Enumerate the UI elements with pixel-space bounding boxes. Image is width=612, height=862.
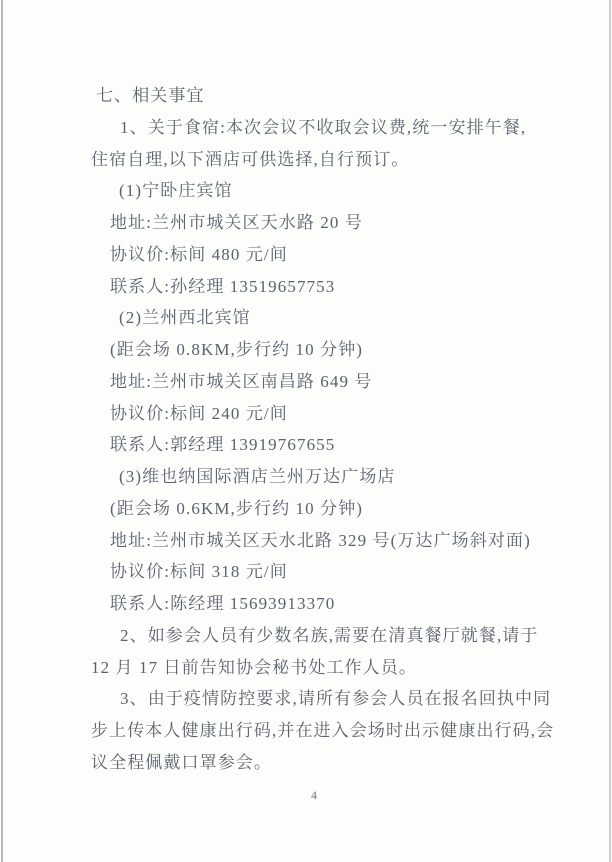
scan-edge-left — [1, 0, 3, 862]
section-heading: 七、相关事宜 — [96, 80, 561, 112]
hotel-2-title: (2)兰州西北宾馆 — [119, 302, 561, 334]
hotel-1-address: 地址:兰州市城关区天水路 20 号 — [110, 207, 561, 239]
para-3-line-3: 议全程佩戴口罩参会。 — [91, 747, 561, 779]
hotel-3-price: 协议价:标间 318 元/间 — [110, 556, 561, 588]
hotel-1-contact: 联系人:孙经理 13519657753 — [110, 271, 561, 303]
hotel-2-address: 地址:兰州市城关区南昌路 649 号 — [110, 366, 561, 398]
hotel-1-title: (1)宁卧庄宾馆 — [119, 175, 561, 207]
para-3-line-1: 3、由于疫情防控要求,请所有参会人员在报名回执中同 — [120, 683, 561, 715]
para-2-line-1: 2、如参会人员有少数名族,需要在清真餐厅就餐,请于 — [120, 620, 561, 652]
document-page: 七、相关事宜 1、关于食宿:本次会议不收取会议费,统一安排午餐, 住宿自理,以下… — [0, 0, 612, 862]
hotel-2-distance: (距会场 0.8KM,步行约 10 分钟) — [110, 334, 561, 366]
hotel-2-price: 协议价:标间 240 元/间 — [110, 398, 561, 430]
page-number: 4 — [0, 788, 612, 803]
document-body: 七、相关事宜 1、关于食宿:本次会议不收取会议费,统一安排午餐, 住宿自理,以下… — [91, 80, 561, 779]
hotel-3-contact: 联系人:陈经理 15693913370 — [110, 588, 561, 620]
para-3-line-2: 步上传本人健康出行码,并在进入会场时出示健康出行码,会 — [91, 715, 561, 747]
para-1-line-1: 1、关于食宿:本次会议不收取会议费,统一安排午餐, — [120, 112, 561, 144]
para-1-line-2: 住宿自理,以下酒店可供选择,自行预订。 — [91, 144, 561, 176]
scan-edge-right — [609, 0, 611, 862]
hotel-3-distance: (距会场 0.6KM,步行约 10 分钟) — [110, 493, 561, 525]
hotel-3-address: 地址:兰州市城关区天水北路 329 号(万达广场斜对面) — [110, 525, 561, 557]
hotel-3-title: (3)维也纳国际酒店兰州万达广场店 — [119, 461, 561, 493]
hotel-1-price: 协议价:标间 480 元/间 — [110, 239, 561, 271]
hotel-2-contact: 联系人:郭经理 13919767655 — [110, 429, 561, 461]
para-2-line-2: 12 月 17 日前告知协会秘书处工作人员。 — [91, 652, 561, 684]
